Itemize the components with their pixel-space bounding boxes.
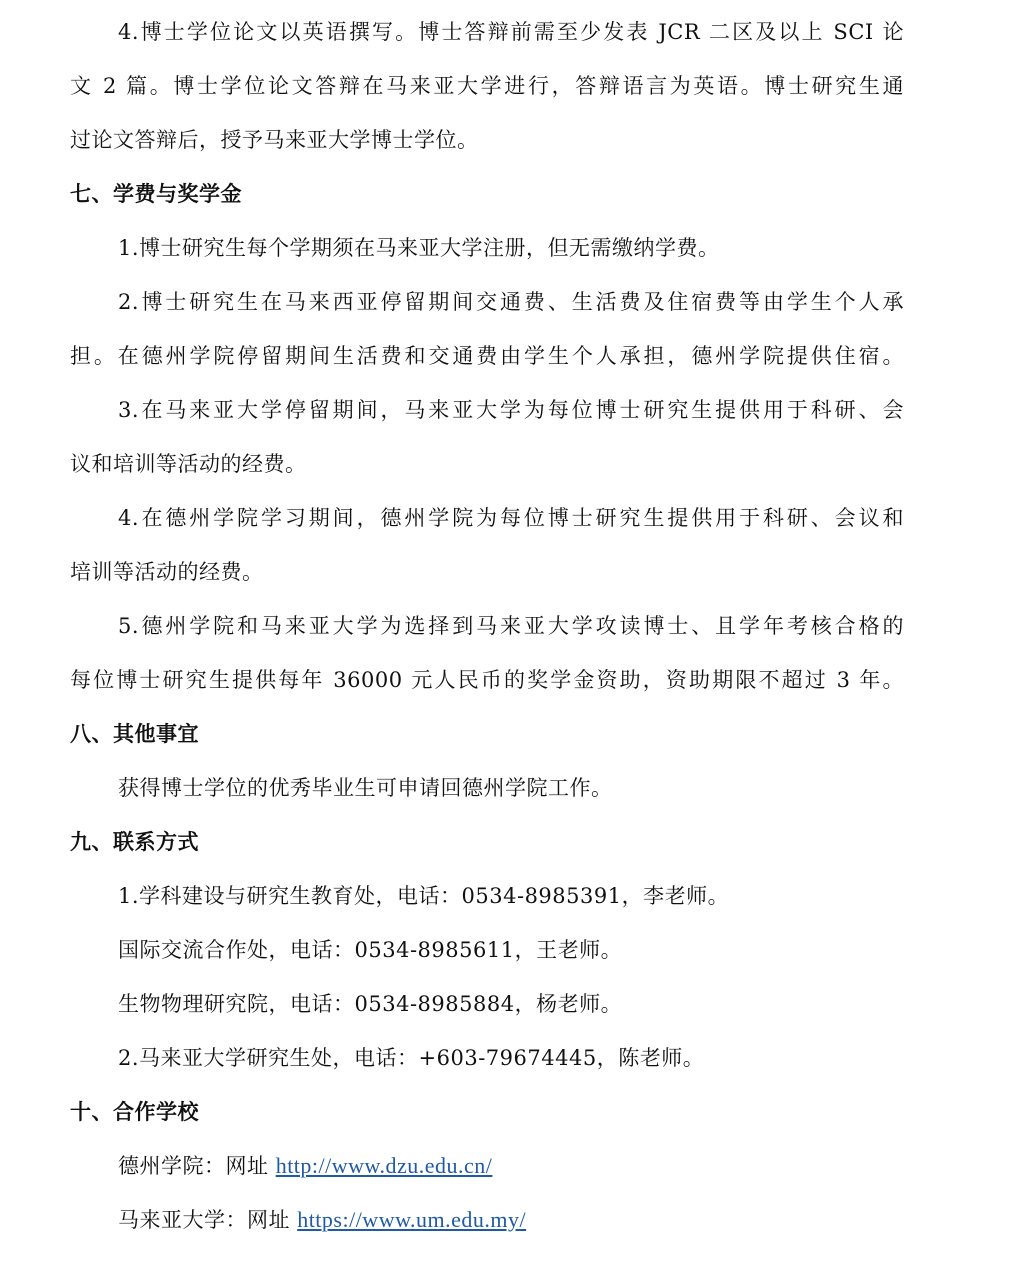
- section-heading-other: 八、其他事宜: [70, 707, 904, 761]
- paragraph-line: 获得博士学位的优秀毕业生可申请回德州学院工作。: [70, 761, 904, 815]
- paragraph-line: 每位博士研究生提供每年 36000 元人民币的奖学金资助，资助期限不超过 3 年…: [70, 653, 904, 707]
- paragraph-line: 担。在德州学院停留期间生活费和交通费由学生个人承担，德州学院提供住宿。: [70, 329, 904, 383]
- document-page: 4.博士学位论文以英语撰写。博士答辩前需至少发表 JCR 二区及以上 SCI 论…: [70, 5, 904, 1247]
- paragraph-line: 3.在马来亚大学停留期间，马来亚大学为每位博士研究生提供用于科研、会: [70, 383, 904, 437]
- paragraph-line: 文 2 篇。博士学位论文答辩在马来亚大学进行，答辩语言为英语。博士研究生通: [70, 59, 904, 113]
- paragraph-line: 议和培训等活动的经费。: [70, 437, 904, 491]
- paragraph-line: 培训等活动的经费。: [70, 545, 904, 599]
- paragraph-line: 2.博士研究生在马来西亚停留期间交通费、生活费及住宿费等由学生个人承: [70, 275, 904, 329]
- paragraph-line: 1.博士研究生每个学期须在马来亚大学注册，但无需缴纳学费。: [70, 221, 904, 275]
- contact-line: 2.马来亚大学研究生处，电话：+603-79674445，陈老师。: [70, 1031, 904, 1085]
- um-website-link[interactable]: https://www.um.edu.my/: [297, 1207, 526, 1232]
- dzu-website-link[interactable]: http://www.dzu.edu.cn/: [276, 1153, 493, 1178]
- school-name-label: 德州学院：网址: [118, 1154, 276, 1178]
- school-line-dzu: 德州学院：网址 http://www.dzu.edu.cn/: [70, 1139, 904, 1193]
- paragraph-line: 过论文答辩后，授予马来亚大学博士学位。: [70, 113, 904, 167]
- school-name-label: 马来亚大学：网址: [118, 1208, 297, 1232]
- section-heading-tuition: 七、学费与奖学金: [70, 167, 904, 221]
- school-line-um: 马来亚大学：网址 https://www.um.edu.my/: [70, 1193, 904, 1247]
- paragraph-line: 4.在德州学院学习期间，德州学院为每位博士研究生提供用于科研、会议和: [70, 491, 904, 545]
- paragraph-line: 5.德州学院和马来亚大学为选择到马来亚大学攻读博士、且学年考核合格的: [70, 599, 904, 653]
- paragraph-line: 4.博士学位论文以英语撰写。博士答辩前需至少发表 JCR 二区及以上 SCI 论: [70, 5, 904, 59]
- contact-line: 国际交流合作处，电话：0534-8985611，王老师。: [70, 923, 904, 977]
- contact-line: 生物物理研究院，电话：0534-8985884，杨老师。: [70, 977, 904, 1031]
- section-heading-contact: 九、联系方式: [70, 815, 904, 869]
- contact-line: 1.学科建设与研究生教育处，电话：0534-8985391，李老师。: [70, 869, 904, 923]
- section-heading-partner-schools: 十、合作学校: [70, 1085, 904, 1139]
